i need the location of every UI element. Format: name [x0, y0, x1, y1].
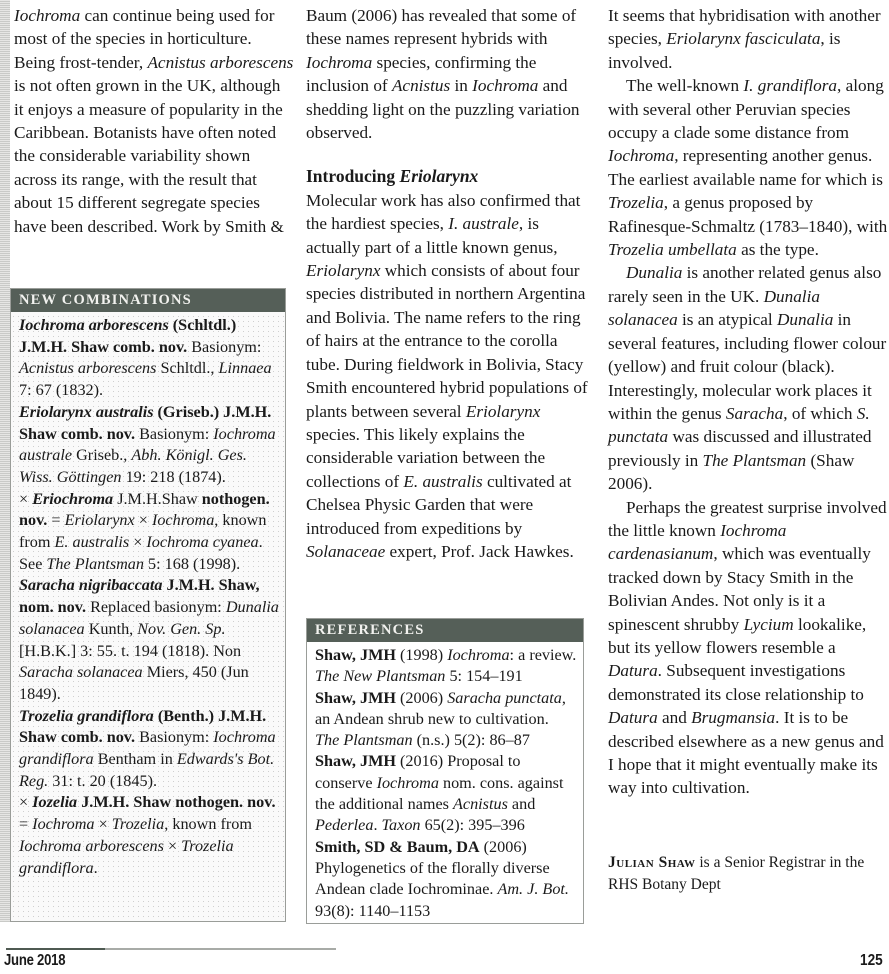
body-paragraph-4: Perhaps the greatest surprise involved t…: [608, 496, 888, 800]
column-1: Iochroma can continue being used for mos…: [14, 4, 294, 238]
issue-date: June 2018: [4, 952, 65, 970]
new-combinations-list: Iochroma arborescens (Schltdl.) J.M.H. S…: [11, 312, 285, 885]
body-paragraph-3: Dunalia is another related genus also ra…: [608, 261, 888, 495]
list-entry: Shaw, JMH (2006) Saracha punctata, an An…: [315, 688, 577, 752]
references-heading: REFERENCES: [307, 619, 583, 642]
list-entry: Eriolarynx australis (Griseb.) J.M.H. Sh…: [19, 402, 279, 489]
list-entry: Saracha nigribaccata J.M.H. Shaw, nom. n…: [19, 575, 279, 705]
references-box: REFERENCES Shaw, JMH (1998) Iochroma: a …: [306, 618, 584, 924]
intro-paragraph: Iochroma can continue being used for mos…: [14, 4, 294, 238]
page-gutter-shading: [0, 0, 10, 922]
body-paragraph-2: The well-known I. grandiflora, along wit…: [608, 74, 888, 261]
author-bio: Julian Shaw is a Senior Registrar in the…: [608, 852, 888, 895]
list-entry: × Iozelia J.M.H. Shaw nothogen. nov. = I…: [19, 792, 279, 879]
new-combinations-heading: NEW COMBINATIONS: [11, 289, 285, 312]
list-entry: Trozelia grandiflora (Benth.) J.M.H. Sha…: [19, 706, 279, 793]
column-2: Baum (2006) has revealed that some of th…: [306, 4, 590, 563]
new-combinations-box: NEW COMBINATIONS Iochroma arborescens (S…: [10, 288, 286, 922]
page-number: 125: [860, 952, 883, 970]
author-name: Julian Shaw: [608, 854, 695, 871]
footer-divider: [6, 948, 336, 950]
list-entry: Shaw, JMH (2016) Proposal to conserve Io…: [315, 751, 577, 836]
body-paragraph-1: It seems that hybridisation with another…: [608, 4, 888, 74]
baum-paragraph: Baum (2006) has revealed that some of th…: [306, 4, 590, 144]
list-entry: Iochroma arborescens (Schltdl.) J.M.H. S…: [19, 315, 279, 402]
eriolarynx-paragraph: Molecular work has also confirmed that t…: [306, 189, 590, 564]
section-heading-introducing-eriolarynx: Introducing Eriolarynx: [306, 165, 590, 188]
list-entry: Smith, SD & Baum, DA (2006) Phylogenetic…: [315, 837, 577, 922]
list-entry: × Eriochroma J.M.H.Shaw nothogen. nov. =…: [19, 489, 279, 576]
list-entry: Shaw, JMH (1998) Iochroma: a review. The…: [315, 645, 577, 688]
references-list: Shaw, JMH (1998) Iochroma: a review. The…: [307, 642, 583, 928]
column-3: It seems that hybridisation with another…: [608, 4, 888, 800]
